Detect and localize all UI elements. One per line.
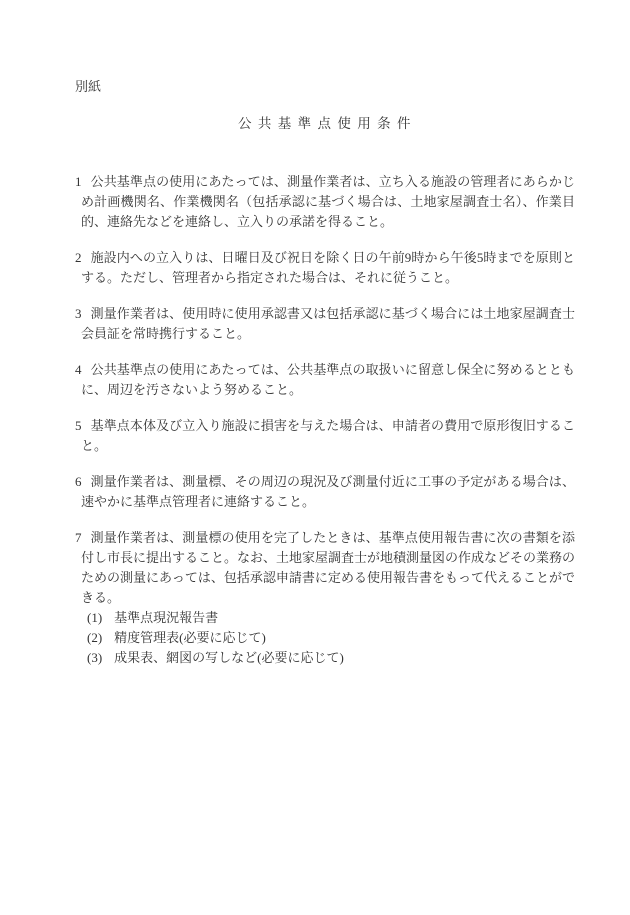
item-text: 公共基準点の使用にあたっては、公共基準点の取扱いに留意し保全に努めるとともに、周… (81, 362, 575, 397)
item-text: 基準点本体及び立入り施設に損害を与えた場合は、申請者の費用で原形復旧すること。 (81, 418, 575, 453)
item-text: 公共基準点の使用にあたっては、測量作業者は、立ち入る施設の管理者にあらかじめ計画… (81, 174, 575, 229)
subitem-number: (1) (87, 610, 102, 625)
item-number: 2 (75, 250, 82, 265)
item-number: 1 (75, 174, 82, 189)
item-text: 測量作業者は、測量標、その周辺の現況及び測量付近に工事の予定がある場合は、速やか… (81, 474, 575, 509)
condition-item-6: 6測量作業者は、測量標、その周辺の現況及び測量付近に工事の予定がある場合は、速や… (75, 472, 575, 512)
item-text: 測量作業者は、測量標の使用を完了したときは、基準点使用報告書に次の書類を添付し市… (81, 530, 575, 605)
condition-subitem-2: (2)精度管理表(必要に応じて) (75, 628, 575, 648)
subitem-number: (2) (87, 630, 102, 645)
subitem-number: (3) (87, 650, 102, 665)
condition-item-1: 1公共基準点の使用にあたっては、測量作業者は、立ち入る施設の管理者にあらかじめ計… (75, 172, 575, 232)
item-text: 測量作業者は、使用時に使用承認書又は包括承認に基づく場合には土地家屋調査士会員証… (81, 306, 575, 341)
condition-subitem-1: (1)基準点現況報告書 (75, 608, 575, 628)
item-number: 3 (75, 306, 82, 321)
item-text: 施設内への立入りは、日曜日及び祝日を除く日の午前9時から午後5時までを原則とする… (81, 250, 575, 285)
condition-subitem-3: (3)成果表、網図の写しなど(必要に応じて) (75, 648, 575, 668)
condition-item-4: 4公共基準点の使用にあたっては、公共基準点の取扱いに留意し保全に努めるとともに、… (75, 360, 575, 400)
condition-item-5: 5基準点本体及び立入り施設に損害を与えた場合は、申請者の費用で原形復旧すること。 (75, 416, 575, 456)
document-title: 公 共 基 準 点 使 用 条 件 (75, 114, 575, 134)
subitem-text: 成果表、網図の写しなど(必要に応じて) (114, 650, 344, 665)
subitem-text: 精度管理表(必要に応じて) (114, 630, 266, 645)
subitem-text: 基準点現況報告書 (114, 610, 218, 625)
item-number: 5 (75, 418, 82, 433)
attachment-label: 別紙 (75, 77, 575, 97)
conditions-list: 1公共基準点の使用にあたっては、測量作業者は、立ち入る施設の管理者にあらかじめ計… (75, 172, 575, 668)
item-number: 4 (75, 362, 82, 377)
item-number: 7 (75, 530, 82, 545)
condition-item-7: 7測量作業者は、測量標の使用を完了したときは、基準点使用報告書に次の書類を添付し… (75, 528, 575, 608)
condition-item-2: 2施設内への立入りは、日曜日及び祝日を除く日の午前9時から午後5時までを原則とす… (75, 248, 575, 288)
item-number: 6 (75, 474, 82, 489)
document-page: 別紙 公 共 基 準 点 使 用 条 件 1公共基準点の使用にあたっては、測量作… (0, 0, 630, 915)
condition-item-3: 3測量作業者は、使用時に使用承認書又は包括承認に基づく場合には土地家屋調査士会員… (75, 304, 575, 344)
